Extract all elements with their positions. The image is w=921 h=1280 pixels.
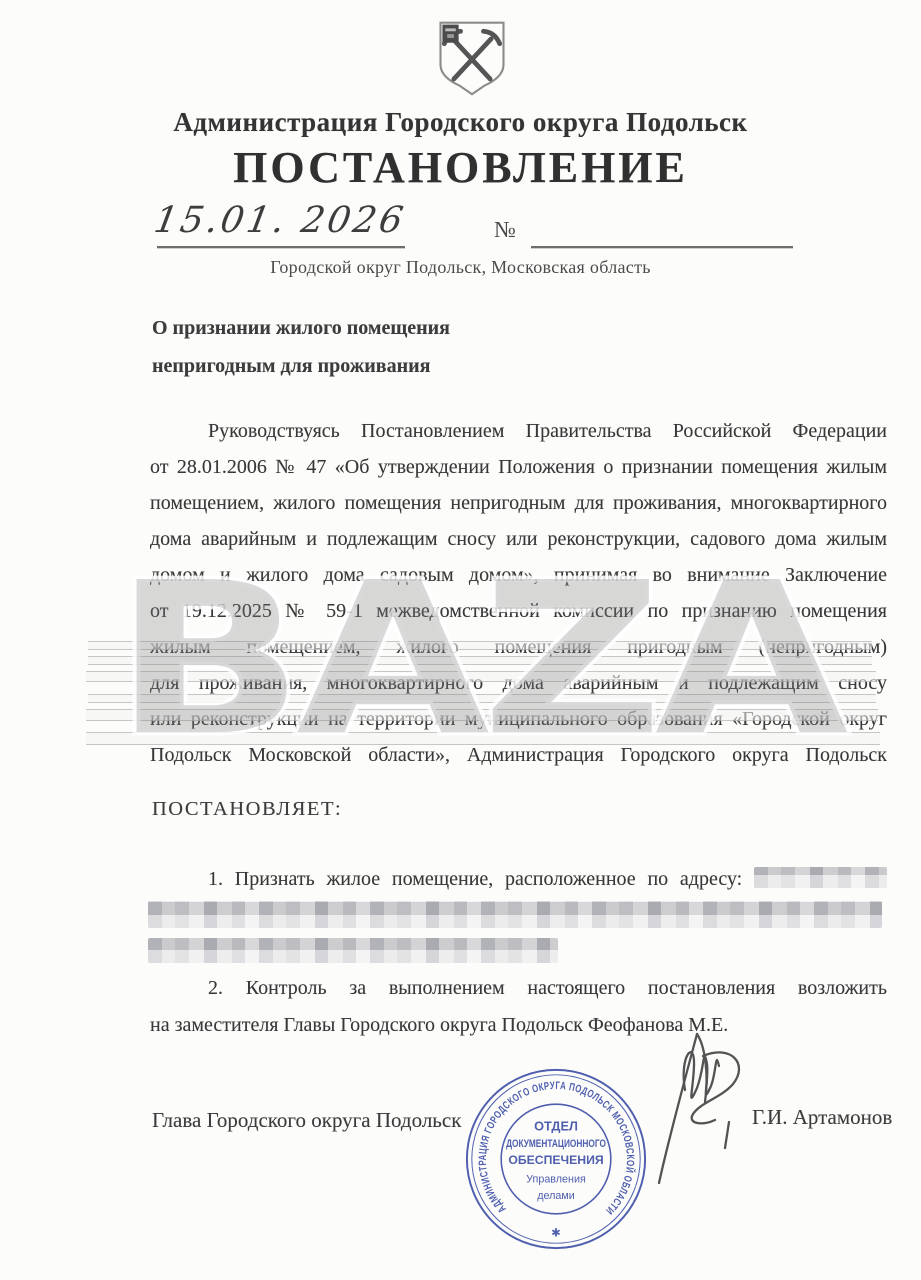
stamp-center-line: ДОКУМЕНТАЦИОННОГО: [506, 1138, 606, 1150]
body-line: от 19.12.2025 № 59-1 межведомственной ко…: [150, 593, 887, 629]
signer-name: Г.И. Артамонов: [752, 1105, 892, 1130]
signature-scribble: [645, 1026, 770, 1186]
body-paragraph: Руководствуясь Постановлением Правительс…: [150, 413, 887, 773]
body-line: для проживания, многоквартирного дома ав…: [150, 665, 887, 701]
body-line: Подольск Московской области», Администра…: [150, 737, 887, 773]
stamp-center-line: ОБЕСПЕЧЕНИЯ: [508, 1153, 603, 1167]
stamp-sub-line: делами: [537, 1190, 575, 1202]
body-line: помещением, жилого помещения непригодным…: [150, 485, 887, 521]
official-round-stamp: АДМИНИСТРАЦИЯ ГОРОДСКОГО ОКРУГА ПОДОЛЬСК…: [463, 1066, 649, 1252]
subject-line: непригодным для проживания: [152, 347, 652, 385]
resolve-item-1: 1. Признать жилое помещение, расположенн…: [150, 861, 887, 898]
body-line: Руководствуясь Постановлением Правительс…: [150, 413, 887, 449]
signer-title: Глава Городского округа Подольск: [152, 1108, 461, 1133]
podolsk-coat-of-arms-icon: [424, 16, 520, 100]
stamp-center-line: ОТДЕЛ: [534, 1119, 578, 1134]
item1-text: 1. Признать жилое помещение, расположенн…: [208, 868, 742, 890]
organization-title: Администрация Городского округа Подольск: [0, 107, 921, 138]
resolve-heading: ПОСТАНОВЛЯЕТ:: [152, 798, 342, 821]
number-underline: [531, 246, 793, 248]
item2-line: 2. Контроль за выполнением настоящего по…: [150, 970, 887, 1007]
stamp-star: ✱: [551, 1226, 561, 1239]
subject-line: О признании жилого помещения: [152, 309, 652, 347]
place-line: Городской округ Подольск, Московская обл…: [0, 257, 921, 278]
body-line: жилым помещением, жилого помещения приго…: [150, 629, 887, 665]
handwritten-date: 15.01. 2026: [146, 200, 413, 241]
body-line: от 28.01.2006 № 47 «Об утверждении Полож…: [150, 449, 887, 485]
date-underline: [157, 246, 405, 248]
scanned-document-page: Администрация Городского округа Подольск…: [0, 0, 921, 1280]
body-line: или реконструкции на территории муниципа…: [150, 701, 887, 737]
document-number-label: №: [494, 217, 516, 243]
resolve-item-2: 2. Контроль за выполнением настоящего по…: [150, 970, 887, 1044]
document-type-title: ПОСТАНОВЛЕНИЕ: [0, 142, 921, 193]
item2-line: на заместителя Главы Городского округа П…: [150, 1007, 887, 1044]
body-line: дома аварийным и подлежащим сносу или ре…: [150, 521, 887, 557]
body-line: домом и жилого дома садовым домом», прин…: [150, 557, 887, 593]
stamp-sub-line: Управления: [526, 1173, 586, 1185]
redacted-address-chip: [754, 867, 887, 888]
redacted-address-line: [148, 938, 558, 963]
document-subject: О признании жилого помещения непригодным…: [152, 309, 652, 385]
redacted-address-line: [148, 901, 882, 928]
